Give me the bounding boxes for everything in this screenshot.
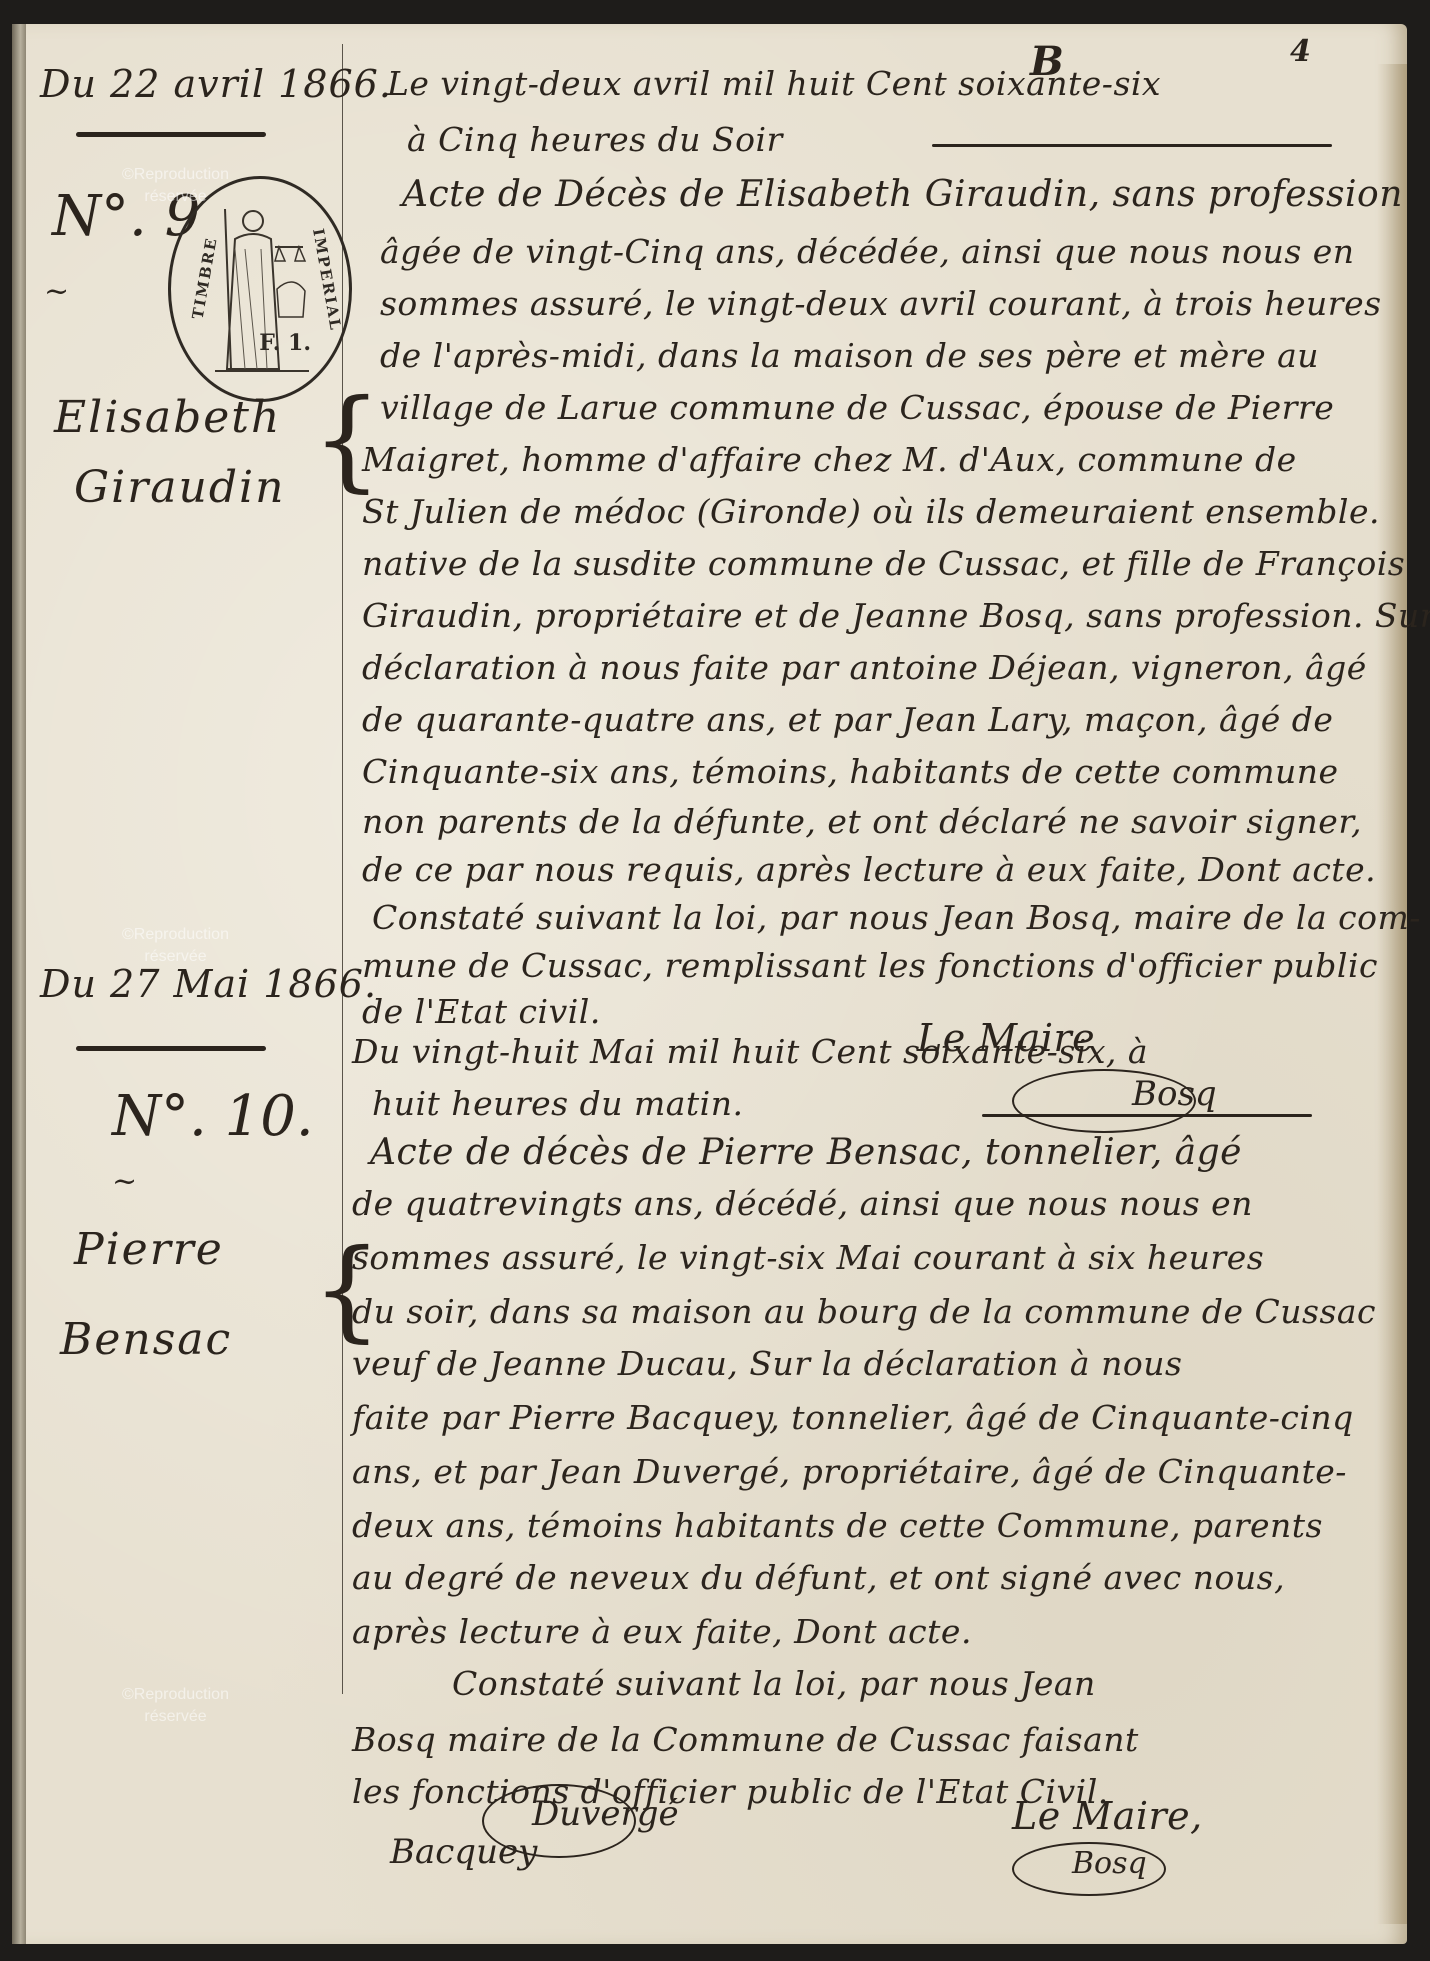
entry-10-line: Constaté suivant la loi, par nous Jean [452, 1664, 1096, 1703]
signature-bosq: Bosq [1132, 1074, 1217, 1114]
entry-10-line: faite par Pierre Bacquey, tonnelier, âgé… [352, 1398, 1354, 1437]
flourish-divider: ~ [112, 1164, 137, 1199]
entry-9-name-last: Giraudin [74, 462, 285, 513]
entry-9-line: de quarante-quatre ans, et par Jean Lary… [362, 700, 1333, 739]
entry-9-line: sommes assuré, le vingt-deux avril coura… [380, 284, 1382, 323]
watermark: ©Reproductionréservée [122, 1684, 229, 1729]
entry-9-line: non parents de la défunte, et ont déclar… [362, 802, 1362, 841]
stamp-value: F. 1. [259, 331, 311, 355]
line-filler-rule [932, 144, 1332, 147]
signature-bosq: Bosq [1072, 1846, 1147, 1881]
entry-10-name-last: Bensac [60, 1314, 232, 1365]
entry-10-line: deux ans, témoins habitants de cette Com… [352, 1506, 1323, 1545]
entry-10-line: Du vingt-huit Mai mil huit Cent soixante… [352, 1032, 1148, 1071]
entry-10-line: après lecture à eux faite, Dont acte. [352, 1612, 972, 1651]
entry-10-line: veuf de Jeanne Ducau, Sur la déclaration… [352, 1344, 1182, 1383]
entry-9-line: Le vingt-deux avril mil huit Cent soixan… [387, 64, 1161, 103]
entry-9-line: Giraudin, propriétaire et de Jeanne Bosq… [362, 596, 1430, 635]
entry-9-line: à Cinq heures du Soir [407, 120, 783, 159]
register-page: 4 B Du 22 avril 1866. N°. 9 ~ TIMBRE IMP… [12, 24, 1407, 1944]
entry-10-line: ans, et par Jean Duvergé, propriétaire, … [352, 1452, 1347, 1491]
signature-bacquey: Bacquey [390, 1832, 537, 1872]
entry-10-line: Bosq maire de la Commune de Cussac faisa… [352, 1720, 1139, 1759]
folio-number: 4 [1290, 34, 1311, 69]
entry-9-name-first: Elisabeth [54, 392, 281, 443]
entry-10-name-first: Pierre [74, 1224, 224, 1275]
entry-10-line: Acte de décès de Pierre Bensac, tonnelie… [370, 1132, 1242, 1173]
imperial-stamp: TIMBRE IMPERIAL F. 1. [168, 176, 352, 402]
entry-9-line: âgée de vingt-Cinq ans, décédée, ainsi q… [380, 232, 1355, 271]
watermark: ©Reproductionréservée [122, 924, 229, 969]
entry-9-line: déclaration à nous faite par antoine Déj… [362, 648, 1367, 687]
entry-10-line: les fonctions d'officier public de l'Eta… [352, 1772, 1109, 1811]
line-filler-rule [982, 1114, 1312, 1117]
entry-10-line: sommes assuré, le vingt-six Mai courant … [352, 1238, 1264, 1277]
entry-9-line: native de la susdite commune de Cussac, … [362, 544, 1405, 583]
entry-10-number: N°. 10. [112, 1084, 314, 1149]
entry-9-line: Acte de Décès de Elisabeth Giraudin, san… [402, 174, 1403, 215]
watermark: ©Reproductionréservée [122, 164, 229, 209]
binding-spine [12, 24, 26, 1944]
entry-10-line: de quatrevingts ans, décédé, ainsi que n… [352, 1184, 1253, 1223]
entry-10-line: du soir, dans sa maison au bourg de la c… [352, 1292, 1376, 1331]
margin-rule-thick [76, 1046, 266, 1051]
flourish-divider: ~ [44, 274, 69, 309]
entry-9-line: Constaté suivant la loi, par nous Jean B… [372, 898, 1421, 937]
signature-duverge: Duvergé [532, 1794, 679, 1834]
entry-10-line: huit heures du matin. [372, 1084, 743, 1123]
entry-9-line: de l'Etat civil. [362, 992, 601, 1031]
entry-9-line: de ce par nous requis, après lecture à e… [362, 850, 1376, 889]
entry-10-closing: Le Maire, [1012, 1794, 1203, 1838]
margin-rule-thick [76, 132, 266, 137]
entry-9-line: Maigret, homme d'affaire chez M. d'Aux, … [362, 440, 1297, 479]
entry-9-line: Cinquante-six ans, témoins, habitants de… [362, 752, 1339, 791]
entry-9-line: de l'après-midi, dans la maison de ses p… [380, 336, 1319, 375]
entry-9-line: St Julien de médoc (Gironde) où ils deme… [362, 492, 1380, 531]
page-edge-shadow [1377, 64, 1407, 1924]
entry-9-line: mune de Cussac, remplissant les fonction… [362, 946, 1378, 985]
entry-9-line: village de Larue commune de Cussac, épou… [380, 388, 1334, 427]
entry-9-margin-date: Du 22 avril 1866. [40, 62, 392, 106]
entry-10-line: au degré de neveux du défunt, et ont sig… [352, 1558, 1285, 1597]
